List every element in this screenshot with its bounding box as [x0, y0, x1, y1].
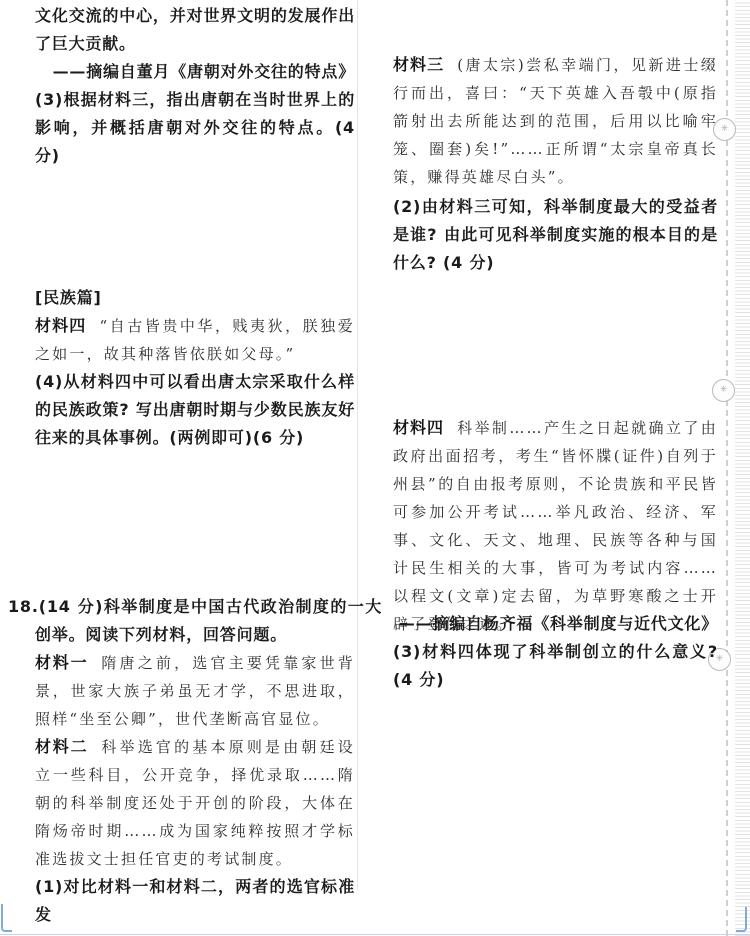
material-1: 材料一隋唐之前，选官主要凭靠家世背景，世家大族子弟虽无才学，不思进取，照样“坐至… [35, 649, 355, 733]
material-text: (唐太宗)尝私幸端门，见新进士缀行而出，喜曰：“天下英雄入吾彀中(原指箭射出去所… [393, 56, 718, 186]
material-4-right: 材料四科举制……产生之日起就确立了由政府出面招考，考生“皆怀牒(证件)自列于州县… [393, 414, 718, 638]
material-label: 材料一 [35, 653, 88, 672]
material-label: 材料三 [393, 55, 444, 74]
question-3-keju: (3)材料四体现了科举制创立的什么意义? (4 分) [393, 638, 718, 694]
page-edge-texture [735, 0, 750, 936]
source-citation: ——摘编自杨齐福《科举制度与近代文化》 [393, 610, 718, 638]
material-label: 材料四 [393, 418, 444, 437]
page-bottom-edge [0, 934, 750, 935]
material-text: 科举选官的基本原则是由朝廷设立一些科目，公开竞争，择优录取……隋朝的科举制度还处… [35, 738, 355, 868]
question-18-text: (14 分)科举制度是中国古代政治制度的一大创举。阅读下列材料，回答问题。 [35, 597, 382, 644]
source-citation: ——摘编自董月《唐朝对外交往的特点》 [35, 58, 355, 86]
question-4: (4)从材料四中可以看出唐太宗采取什么样的民族政策? 写出唐朝时期与少数民族友好… [35, 368, 355, 452]
question-18: 18.(14 分)科举制度是中国古代政治制度的一大创举。阅读下列材料，回答问题。 [8, 593, 382, 649]
material-4-left: 材料四“自古皆贵中华，贱夷狄，朕独爱之如一，故其种落皆依朕如父母。” [35, 312, 355, 368]
question-number: 18. [8, 597, 39, 616]
material-label: 材料二 [35, 737, 88, 756]
exam-page: ✳ ✳ ✳ 文化交流的中心，并对世界文明的发展作出了巨大贡献。 ——摘编自董月《… [0, 0, 750, 936]
question-2: (2)由材料三可知，科举制度最大的受益者是谁? 由此可见科举制度实施的根本目的是… [393, 193, 718, 277]
crop-corner-bottom-left [1, 904, 12, 932]
material-2: 材料二科举选官的基本原则是由朝廷设立一些科目，公开竞争，择优录取……隋朝的科举制… [35, 733, 355, 873]
material-label: 材料四 [35, 316, 86, 335]
paragraph-continuation: 文化交流的中心，并对世界文明的发展作出了巨大贡献。 [35, 2, 355, 58]
section-header-minzu: [民族篇] [35, 284, 355, 312]
binding-seal-icon: ✳ [712, 379, 735, 402]
material-text: 科举制……产生之日起就确立了由政府出面招考，考生“皆怀牒(证件)自列于州县”的自… [393, 419, 718, 633]
column-divider-line [357, 0, 358, 890]
material-3: 材料三(唐太宗)尝私幸端门，见新进士缀行而出，喜曰：“天下英雄入吾彀中(原指箭射… [393, 51, 718, 191]
question-3-tang: (3)根据材料三，指出唐朝在当时世界上的影响，并概括唐朝对外交往的特点。(4 分… [35, 86, 355, 170]
question-1: (1)对比材料一和材料二，两者的选官标准发 [35, 873, 355, 929]
crop-corner-bottom-right [736, 907, 747, 932]
